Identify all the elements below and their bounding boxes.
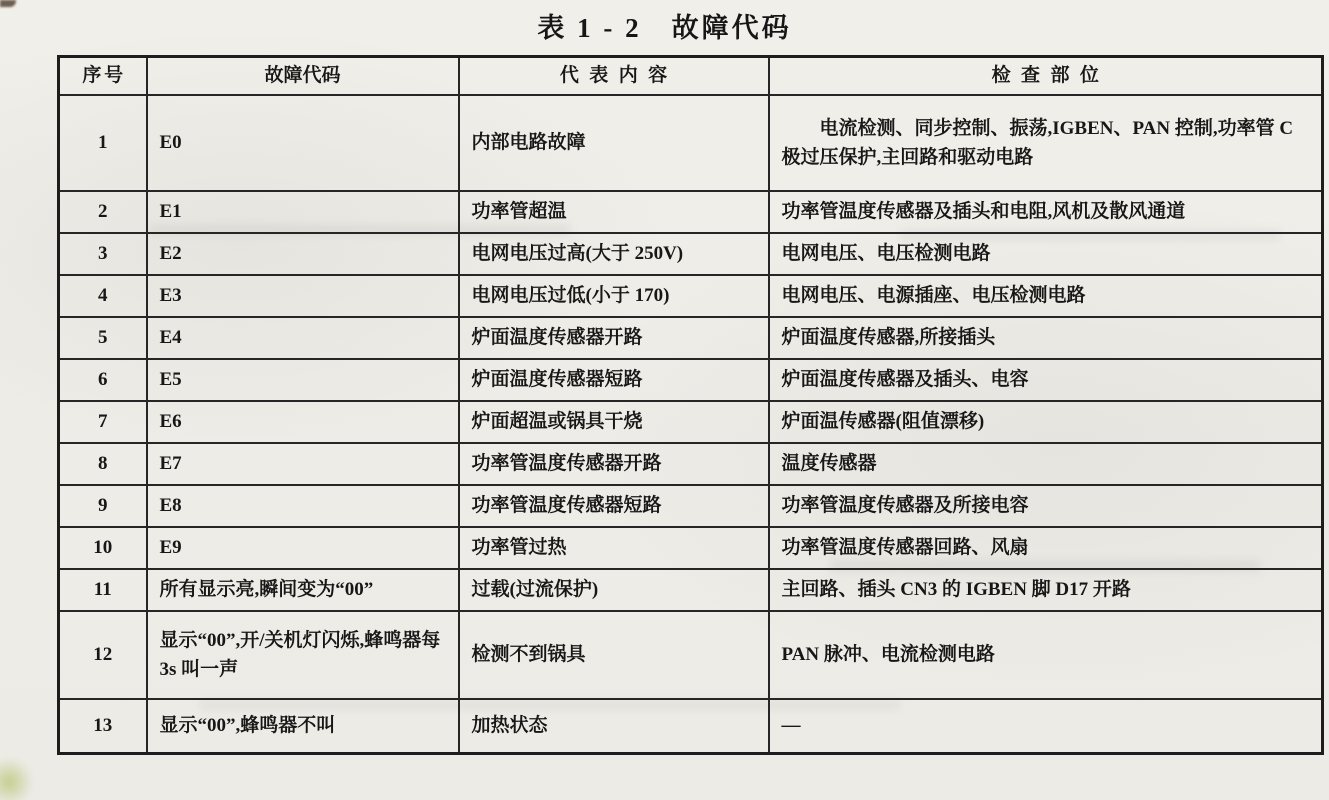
meaning-cell: 过载(过流保护) bbox=[459, 569, 769, 611]
check-location-cell: 炉面温度传感器及插头、电容 bbox=[769, 359, 1323, 401]
check-location-cell: 温度传感器 bbox=[769, 443, 1323, 485]
meaning-cell: 功率管温度传感器短路 bbox=[459, 485, 769, 527]
check-location-cell: 功率管温度传感器回路、风扇 bbox=[769, 527, 1323, 569]
serial-number-cell: 7 bbox=[59, 401, 147, 443]
meaning-cell: 功率管超温 bbox=[459, 191, 769, 233]
table-row: 6 E5 炉面温度传感器短路 炉面温度传感器及插头、电容 bbox=[59, 359, 1323, 401]
meaning-cell: 电网电压过低(小于 170) bbox=[459, 275, 769, 317]
header-fault-code: 故障代码 bbox=[147, 57, 459, 96]
fault-code-cell: E6 bbox=[147, 401, 459, 443]
check-location-cell: 炉面温传感器(阻值漂移) bbox=[769, 401, 1323, 443]
fault-code-cell: E2 bbox=[147, 233, 459, 275]
meaning-cell: 炉面温度传感器开路 bbox=[459, 317, 769, 359]
fault-code-cell: E9 bbox=[147, 527, 459, 569]
meaning-cell: 电网电压过高(大于 250V) bbox=[459, 233, 769, 275]
check-location-cell: PAN 脉冲、电流检测电路 bbox=[769, 611, 1323, 699]
fault-code-cell: E4 bbox=[147, 317, 459, 359]
fault-code-cell: E5 bbox=[147, 359, 459, 401]
serial-number-cell: 2 bbox=[59, 191, 147, 233]
meaning-cell: 检测不到锅具 bbox=[459, 611, 769, 699]
fault-code-cell: E3 bbox=[147, 275, 459, 317]
table-row: 4 E3 电网电压过低(小于 170) 电网电压、电源插座、电压检测电路 bbox=[59, 275, 1323, 317]
meaning-cell: 炉面超温或锅具干烧 bbox=[459, 401, 769, 443]
fault-code-cell: E0 bbox=[147, 95, 459, 191]
serial-number-cell: 5 bbox=[59, 317, 147, 359]
serial-number-cell: 9 bbox=[59, 485, 147, 527]
table-row: 9 E8 功率管温度传感器短路 功率管温度传感器及所接电容 bbox=[59, 485, 1323, 527]
table-row: 3 E2 电网电压过高(大于 250V) 电网电压、电压检测电路 bbox=[59, 233, 1323, 275]
serial-number-cell: 8 bbox=[59, 443, 147, 485]
check-location-cell: 功率管温度传感器及插头和电阻,风机及散风通道 bbox=[769, 191, 1323, 233]
fault-table-body: 1 E0 内部电路故障 电流检测、同步控制、振荡,IGBEN、PAN 控制,功率… bbox=[59, 95, 1323, 754]
fault-code-cell: E1 bbox=[147, 191, 459, 233]
fault-code-cell: E8 bbox=[147, 485, 459, 527]
table-row: 5 E4 炉面温度传感器开路 炉面温度传感器,所接插头 bbox=[59, 317, 1323, 359]
fault-code-table: 序号 故障代码 代表内容 检查部位 1 E0 内部电路故障 电流检测、同步控制、… bbox=[57, 55, 1324, 755]
table-row: 12 显示“00”,开/关机灯闪烁,蜂鸣器每 3s 叫一声 检测不到锅具 PAN… bbox=[59, 611, 1323, 699]
check-location-cell: 电网电压、电压检测电路 bbox=[769, 233, 1323, 275]
serial-number-cell: 6 bbox=[59, 359, 147, 401]
table-title: 表 1 - 2 故障代码 bbox=[0, 6, 1329, 45]
meaning-cell: 内部电路故障 bbox=[459, 95, 769, 191]
fault-code-cell: E7 bbox=[147, 443, 459, 485]
serial-number-cell: 10 bbox=[59, 527, 147, 569]
serial-number-cell: 4 bbox=[59, 275, 147, 317]
check-location-cell: 主回路、插头 CN3 的 IGBEN 脚 D17 开路 bbox=[769, 569, 1323, 611]
header-serial-number: 序号 bbox=[59, 57, 147, 96]
table-row: 7 E6 炉面超温或锅具干烧 炉面温传感器(阻值漂移) bbox=[59, 401, 1323, 443]
serial-number-cell: 11 bbox=[59, 569, 147, 611]
check-location-cell: — bbox=[769, 699, 1323, 754]
meaning-cell: 加热状态 bbox=[459, 699, 769, 754]
check-location-cell: 功率管温度传感器及所接电容 bbox=[769, 485, 1323, 527]
serial-number-cell: 1 bbox=[59, 95, 147, 191]
fault-code-cell: 显示“00”,蜂鸣器不叫 bbox=[147, 699, 459, 754]
scan-artifact bbox=[0, 756, 32, 800]
header-check-location: 检查部位 bbox=[769, 57, 1323, 96]
table-row: 10 E9 功率管过热 功率管温度传感器回路、风扇 bbox=[59, 527, 1323, 569]
check-location-cell: 电流检测、同步控制、振荡,IGBEN、PAN 控制,功率管 C 极过压保护,主回… bbox=[769, 95, 1323, 191]
check-location-cell: 炉面温度传感器,所接插头 bbox=[769, 317, 1323, 359]
header-meaning: 代表内容 bbox=[459, 57, 769, 96]
check-location-cell: 电网电压、电源插座、电压检测电路 bbox=[769, 275, 1323, 317]
table-row: 13 显示“00”,蜂鸣器不叫 加热状态 — bbox=[59, 699, 1323, 754]
table-row: 1 E0 内部电路故障 电流检测、同步控制、振荡,IGBEN、PAN 控制,功率… bbox=[59, 95, 1323, 191]
table-row: 11 所有显示亮,瞬间变为“00” 过载(过流保护) 主回路、插头 CN3 的 … bbox=[59, 569, 1323, 611]
table-row: 8 E7 功率管温度传感器开路 温度传感器 bbox=[59, 443, 1323, 485]
serial-number-cell: 12 bbox=[59, 611, 147, 699]
serial-number-cell: 13 bbox=[59, 699, 147, 754]
table-row: 2 E1 功率管超温 功率管温度传感器及插头和电阻,风机及散风通道 bbox=[59, 191, 1323, 233]
meaning-cell: 炉面温度传感器短路 bbox=[459, 359, 769, 401]
header-row: 序号 故障代码 代表内容 检查部位 bbox=[59, 57, 1323, 96]
fault-code-cell: 显示“00”,开/关机灯闪烁,蜂鸣器每 3s 叫一声 bbox=[147, 611, 459, 699]
meaning-cell: 功率管过热 bbox=[459, 527, 769, 569]
meaning-cell: 功率管温度传感器开路 bbox=[459, 443, 769, 485]
serial-number-cell: 3 bbox=[59, 233, 147, 275]
fault-code-cell: 所有显示亮,瞬间变为“00” bbox=[147, 569, 459, 611]
scanned-document-page: 表 1 - 2 故障代码 序号 故障代码 代表内容 检查部位 1 E0 内部电路… bbox=[0, 0, 1329, 800]
